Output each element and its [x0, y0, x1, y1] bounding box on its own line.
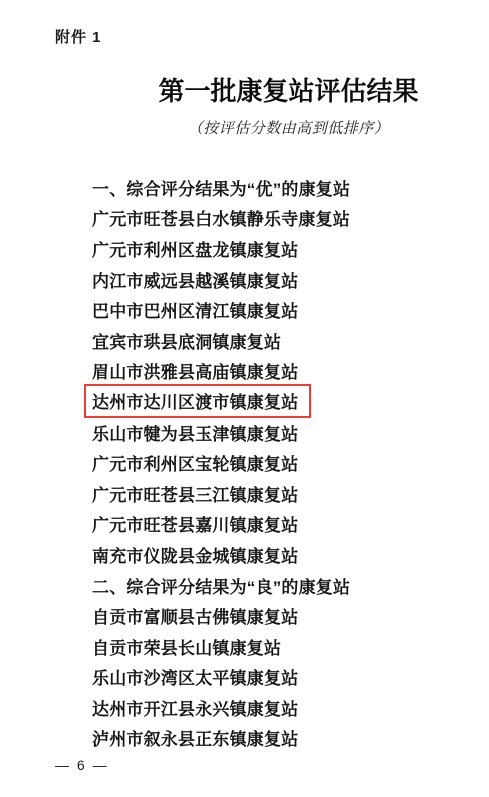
list-item-text: 广元市利州区盘龙镇康复站: [92, 236, 298, 261]
list-item: 广元市旺苍县嘉川镇康复站: [92, 509, 489, 540]
list-item: 乐山市沙湾区太平镇康复站: [92, 662, 489, 693]
list-item-text: 达州市开江县永兴镇康复站: [92, 695, 298, 720]
list-item-text: 乐山市犍为县玉津镇康复站: [92, 420, 298, 445]
list-item-text: 宜宾市珙县底洞镇康复站: [92, 328, 281, 353]
list-item-text: 内江市威远县越溪镇康复站: [92, 267, 298, 292]
list-item-text: 自贡市富顺县古佛镇康复站: [92, 603, 298, 628]
list-item-text: 广元市旺苍县白水镇静乐寺康复站: [92, 205, 350, 230]
list-item: 达州市达川区渡市镇康复站: [92, 386, 489, 417]
list-item: 乐山市犍为县玉津镇康复站: [92, 417, 489, 448]
list-item: 泸州市叙永县正东镇康复站: [92, 723, 489, 754]
list-item-text: 广元市旺苍县嘉川镇康复站: [92, 511, 298, 536]
list-item: 广元市旺苍县三江镇康复站: [92, 478, 489, 509]
list-item: 巴中市巴州区清江镇康复站: [92, 294, 489, 325]
list-item: 眉山市洪雅县高庙镇康复站: [92, 356, 489, 387]
list-item: 南充市仪陇县金城镇康复站: [92, 539, 489, 570]
list-item-text: 广元市利州区宝轮镇康复站: [92, 450, 298, 475]
list-item: 内江市威远县越溪镇康复站: [92, 264, 489, 295]
document-subtitle: （按评估分数由高到低排序）: [88, 117, 489, 138]
page-number: — 6 —: [55, 757, 109, 773]
list-item-text: 自贡市荣县长山镇康复站: [92, 634, 281, 659]
list-item: 广元市利州区盘龙镇康复站: [92, 233, 489, 264]
station-list: 一、综合评分结果为“优”的康复站广元市旺苍县白水镇静乐寺康复站广元市利州区盘龙镇…: [92, 172, 489, 753]
list-item: 广元市利州区宝轮镇康复站: [92, 447, 489, 478]
document-page: 附件 1 第一批康复站评估结果 （按评估分数由高到低排序） 一、综合评分结果为“…: [0, 0, 489, 797]
document-title: 第一批康复站评估结果: [88, 78, 489, 107]
list-item-text: 泸州市叙永县正东镇康复站: [92, 725, 298, 750]
list-item: 达州市开江县永兴镇康复站: [92, 692, 489, 723]
list-item-text: 乐山市沙湾区太平镇康复站: [92, 664, 298, 689]
title-block: 第一批康复站评估结果 （按评估分数由高到低排序）: [88, 78, 489, 138]
list-item: 宜宾市珙县底洞镇康复站: [92, 325, 489, 356]
attachment-label: 附件 1: [55, 26, 102, 47]
list-item: 自贡市荣县长山镇康复站: [92, 631, 489, 662]
list-item-text: 南充市仪陇县金城镇康复站: [92, 542, 298, 567]
section-header-row: 一、综合评分结果为“优”的康复站: [92, 172, 489, 203]
section-header-text: 一、综合评分结果为“优”的康复站: [92, 175, 350, 200]
list-item-text: 广元市旺苍县三江镇康复站: [92, 481, 298, 506]
list-item: 自贡市富顺县古佛镇康复站: [92, 600, 489, 631]
highlighted-item-text: 达州市达川区渡市镇康复站: [84, 384, 311, 418]
list-item-text: 眉山市洪雅县高庙镇康复站: [92, 358, 298, 383]
section-header-row: 二、综合评分结果为“良”的康复站: [92, 570, 489, 601]
section-header-text: 二、综合评分结果为“良”的康复站: [92, 573, 350, 598]
list-item: 广元市旺苍县白水镇静乐寺康复站: [92, 203, 489, 234]
list-item-text: 巴中市巴州区清江镇康复站: [92, 297, 298, 322]
